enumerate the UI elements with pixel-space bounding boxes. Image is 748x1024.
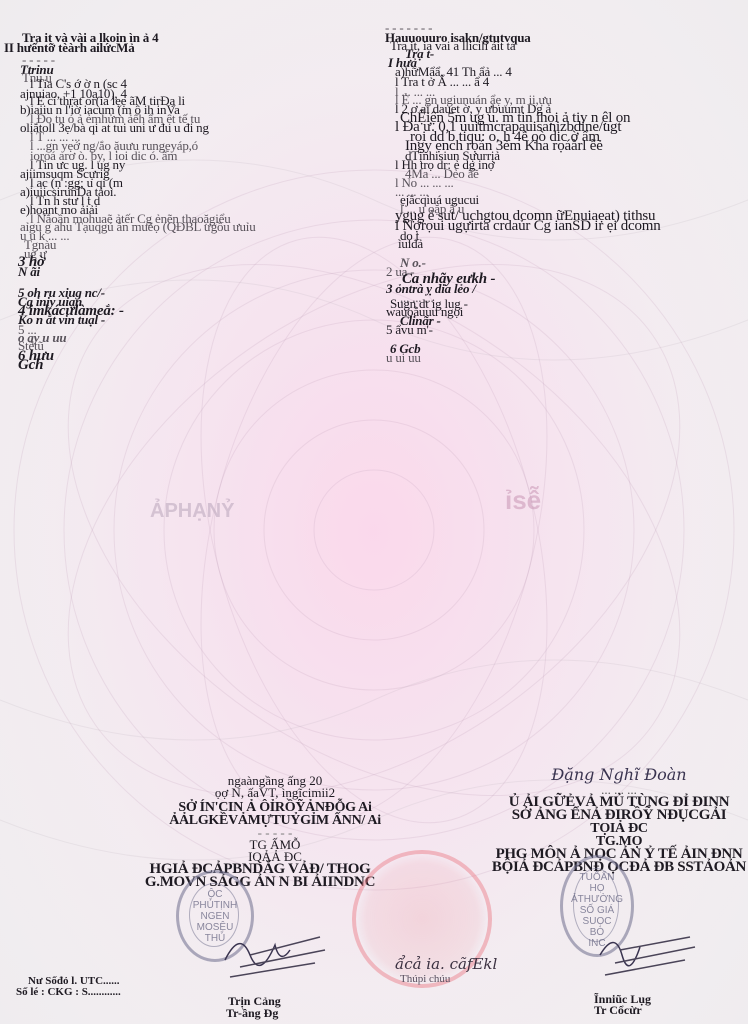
text-line: u ui uu [386,352,421,363]
stamp-text-line: SỐ GIÁ [563,905,631,916]
stamp-text-line: ỘC [179,889,251,900]
left-signer-name-2: Tr-ầng Đg [226,1006,278,1021]
text-line: 5 ẩvu m'- [386,324,433,335]
center-handwriting: ẩcả ia. cãfEkl [395,955,497,973]
left-signature-scribble [220,925,330,980]
stamp-text-line: TUỔẨN [563,872,631,883]
watermark-right: ỉsễ [505,485,541,516]
left-title-7: G.MOVN SẢGG ẢN N BI ẢIINDNC [130,876,390,889]
right-signature-block: Đặng Nghĩ Đoàn ... ... ... Ủ ẢI GỮẺVẢ MỦ… [490,765,748,874]
stamp-text-line: PHỦTỊNH [179,900,251,911]
text-line: l Nợrọui ugựirta crdaủr Cg ianSD ir ẹi d… [395,220,661,231]
footer-line-2: Số lé : CKG : S............ [16,986,121,998]
left-signature-block: ngaàngầng ấng 20 ọợ N, ấaVT, ìngĩcimii2 … [160,775,390,889]
right-signer-name-2: Tr Cổcừr [594,1003,642,1018]
text-line: ìuiđả [398,238,423,249]
stamp-text-line: HỌ ẢTHƯỜNG [563,883,631,905]
right-signature-scribble [590,925,700,985]
text-line: N ãi [18,266,40,277]
center-underline-text: Thúpi chúu [400,973,450,985]
right-name-top: Đặng Nghĩ Đoàn [490,765,748,784]
watermark-left: ẢPHẠNỶ [150,500,234,523]
stamp-text-line: NGEN [179,911,251,922]
left-date-line-2: ọợ N, ấaVT, ìngĩcimii2 [160,787,390,799]
text-line: Gch [18,359,43,370]
